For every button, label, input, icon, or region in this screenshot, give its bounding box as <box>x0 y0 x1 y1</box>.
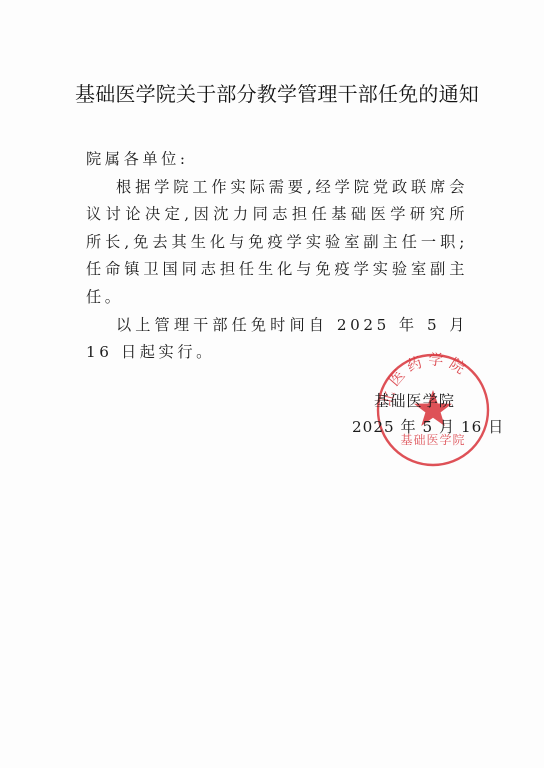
paragraph-appointment: 根据学院工作实际需要,经学院党政联席会议讨论决定,因沈力同志担任基础医学研究所所… <box>86 174 468 312</box>
salutation: 院属各单位: <box>86 146 468 174</box>
document-title: 基础医学院关于部分教学管理干部任免的通知 <box>0 80 544 108</box>
document-body: 院属各单位: 根据学院工作实际需要,经学院党政联席会议讨论决定,因沈力同志担任基… <box>86 146 468 367</box>
document-page: 基础医学院关于部分教学管理干部任免的通知 院属各单位: 根据学院工作实际需要,经… <box>0 0 544 768</box>
signature-organization: 基础医学院 <box>374 388 455 414</box>
signature-date: 2025 年 5 月 16 日 <box>352 414 504 440</box>
